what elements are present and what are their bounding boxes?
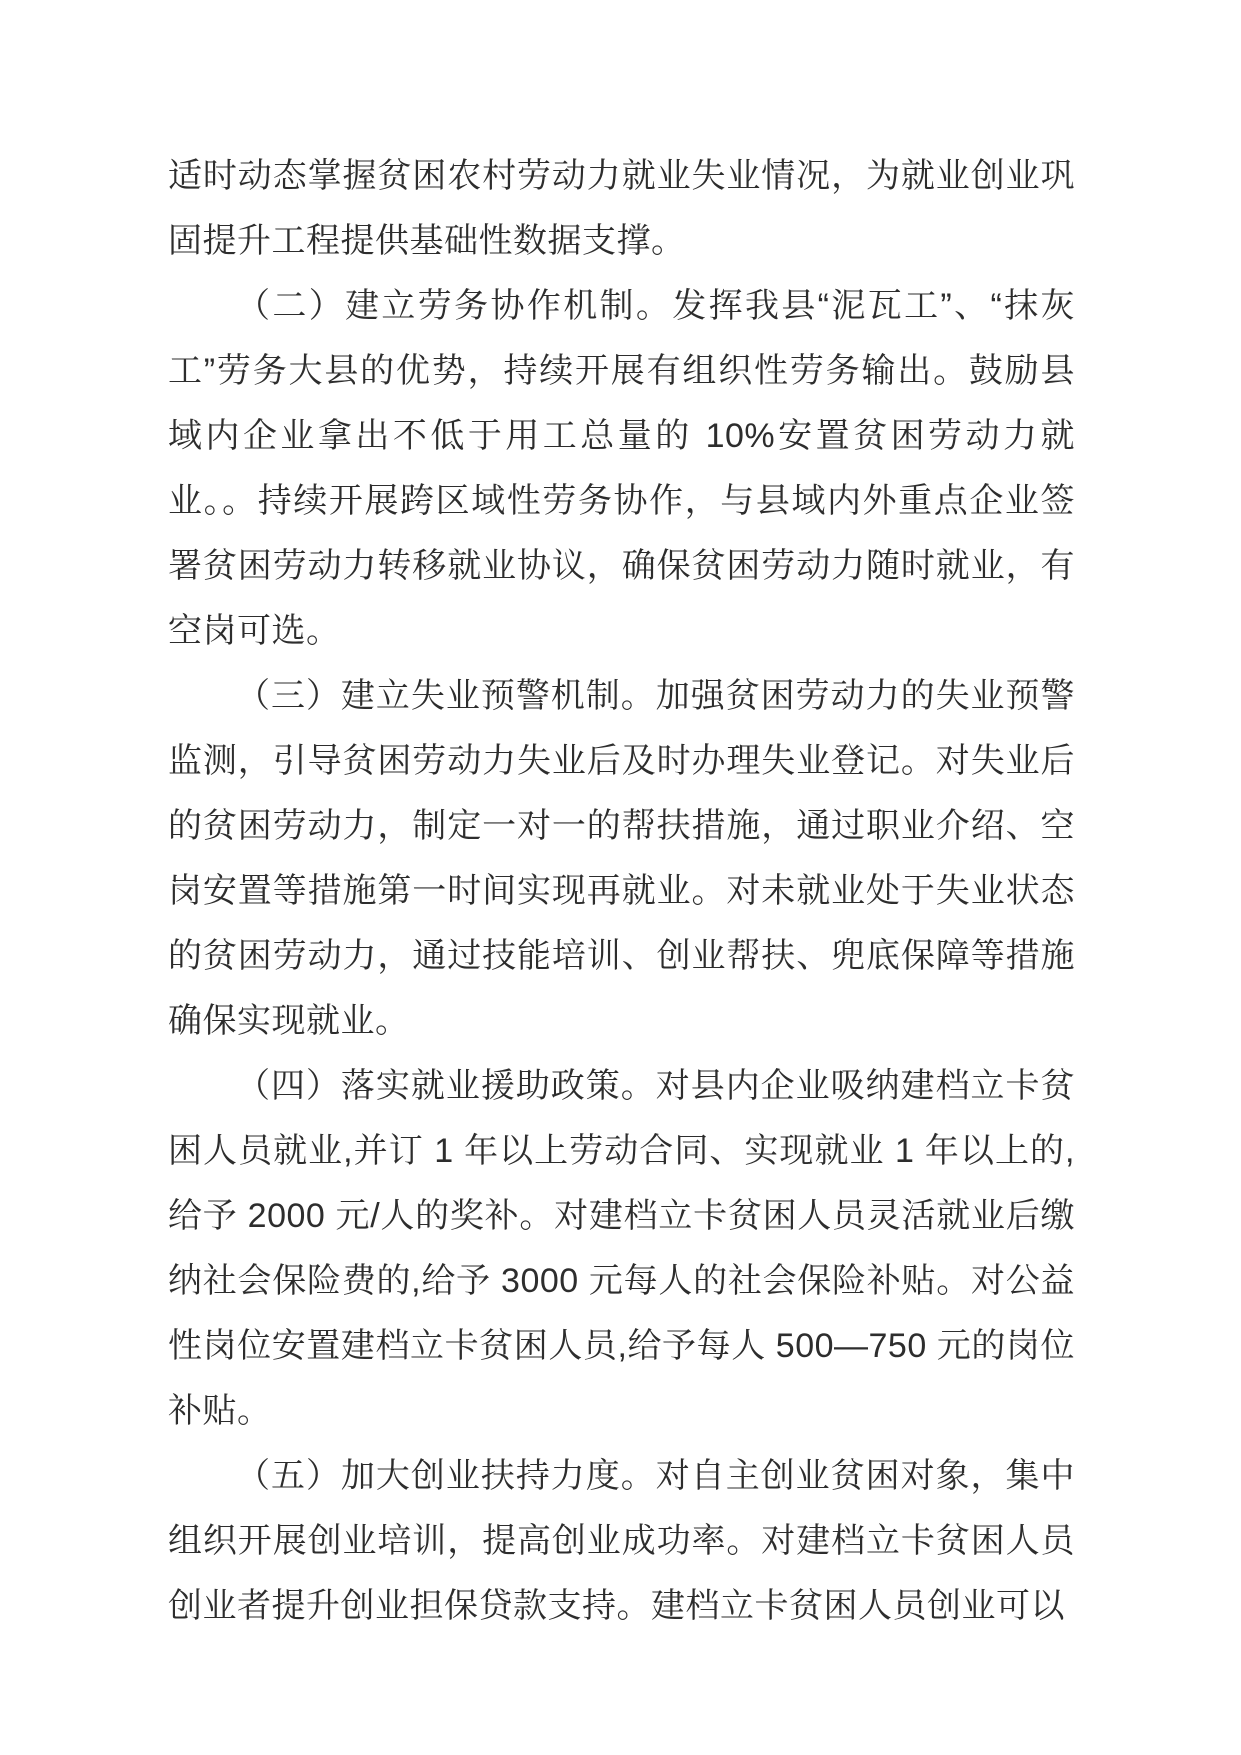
paragraph-item-5: （五）加大创业扶持力度。对自主创业贫困对象，集中组织开展创业培训，提高创业成功率… — [168, 1444, 1075, 1639]
document-page: 适时动态掌握贫困农村劳动力就业失业情况，为就业创业巩固提升工程提供基础性数据支撑… — [0, 0, 1241, 1755]
document-body: 适时动态掌握贫困农村劳动力就业失业情况，为就业创业巩固提升工程提供基础性数据支撑… — [168, 144, 1075, 1639]
paragraph-continuation: 适时动态掌握贫困农村劳动力就业失业情况，为就业创业巩固提升工程提供基础性数据支撑… — [168, 144, 1075, 274]
paragraph-item-2: （二）建立劳务协作机制。发挥我县“泥瓦工”、“抹灰工”劳务大县的优势，持续开展有… — [168, 274, 1075, 664]
paragraph-item-4: （四）落实就业援助政策。对县内企业吸纳建档立卡贫困人员就业,并订 1 年以上劳动… — [168, 1054, 1075, 1444]
paragraph-item-3: （三）建立失业预警机制。加强贫困劳动力的失业预警监测，引导贫困劳动力失业后及时办… — [168, 664, 1075, 1054]
